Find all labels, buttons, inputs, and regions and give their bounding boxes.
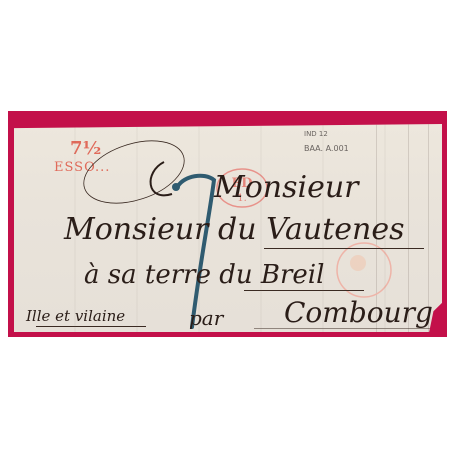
fold-line [408, 124, 409, 332]
underline [36, 326, 146, 327]
faint-datestamp [334, 239, 394, 301]
letter-cover: IND 12 BAA. A.001 7½ ESSO... PD 1. Monsi… [14, 124, 442, 332]
pencil-note-2: BAA. A.001 [304, 144, 349, 153]
svg-text:1.: 1. [237, 193, 247, 204]
fold-line [428, 124, 429, 332]
address-line-1: Monsieur [214, 170, 359, 205]
address-line-3: à sa terre du Breil [84, 260, 324, 290]
pd-oval-stamp: PD 1. [214, 166, 270, 210]
address-line-4: Combourg. [284, 296, 442, 329]
pencil-note-1: IND 12 [304, 130, 328, 138]
underline [264, 248, 424, 249]
red-town-stamp: ESSO... [54, 160, 110, 175]
underline [244, 290, 364, 291]
address-via: par [189, 306, 223, 330]
blue-crayon-tax-7 [164, 172, 224, 332]
red-tax-mark: 7½ [70, 138, 101, 159]
flourish [74, 132, 194, 212]
department-note: Ille et vilaine [26, 307, 125, 325]
fold-line [376, 124, 377, 332]
svg-text:PD: PD [231, 176, 252, 191]
underline [254, 328, 439, 329]
address-line-2: Monsieur du Vautenes [64, 212, 405, 247]
